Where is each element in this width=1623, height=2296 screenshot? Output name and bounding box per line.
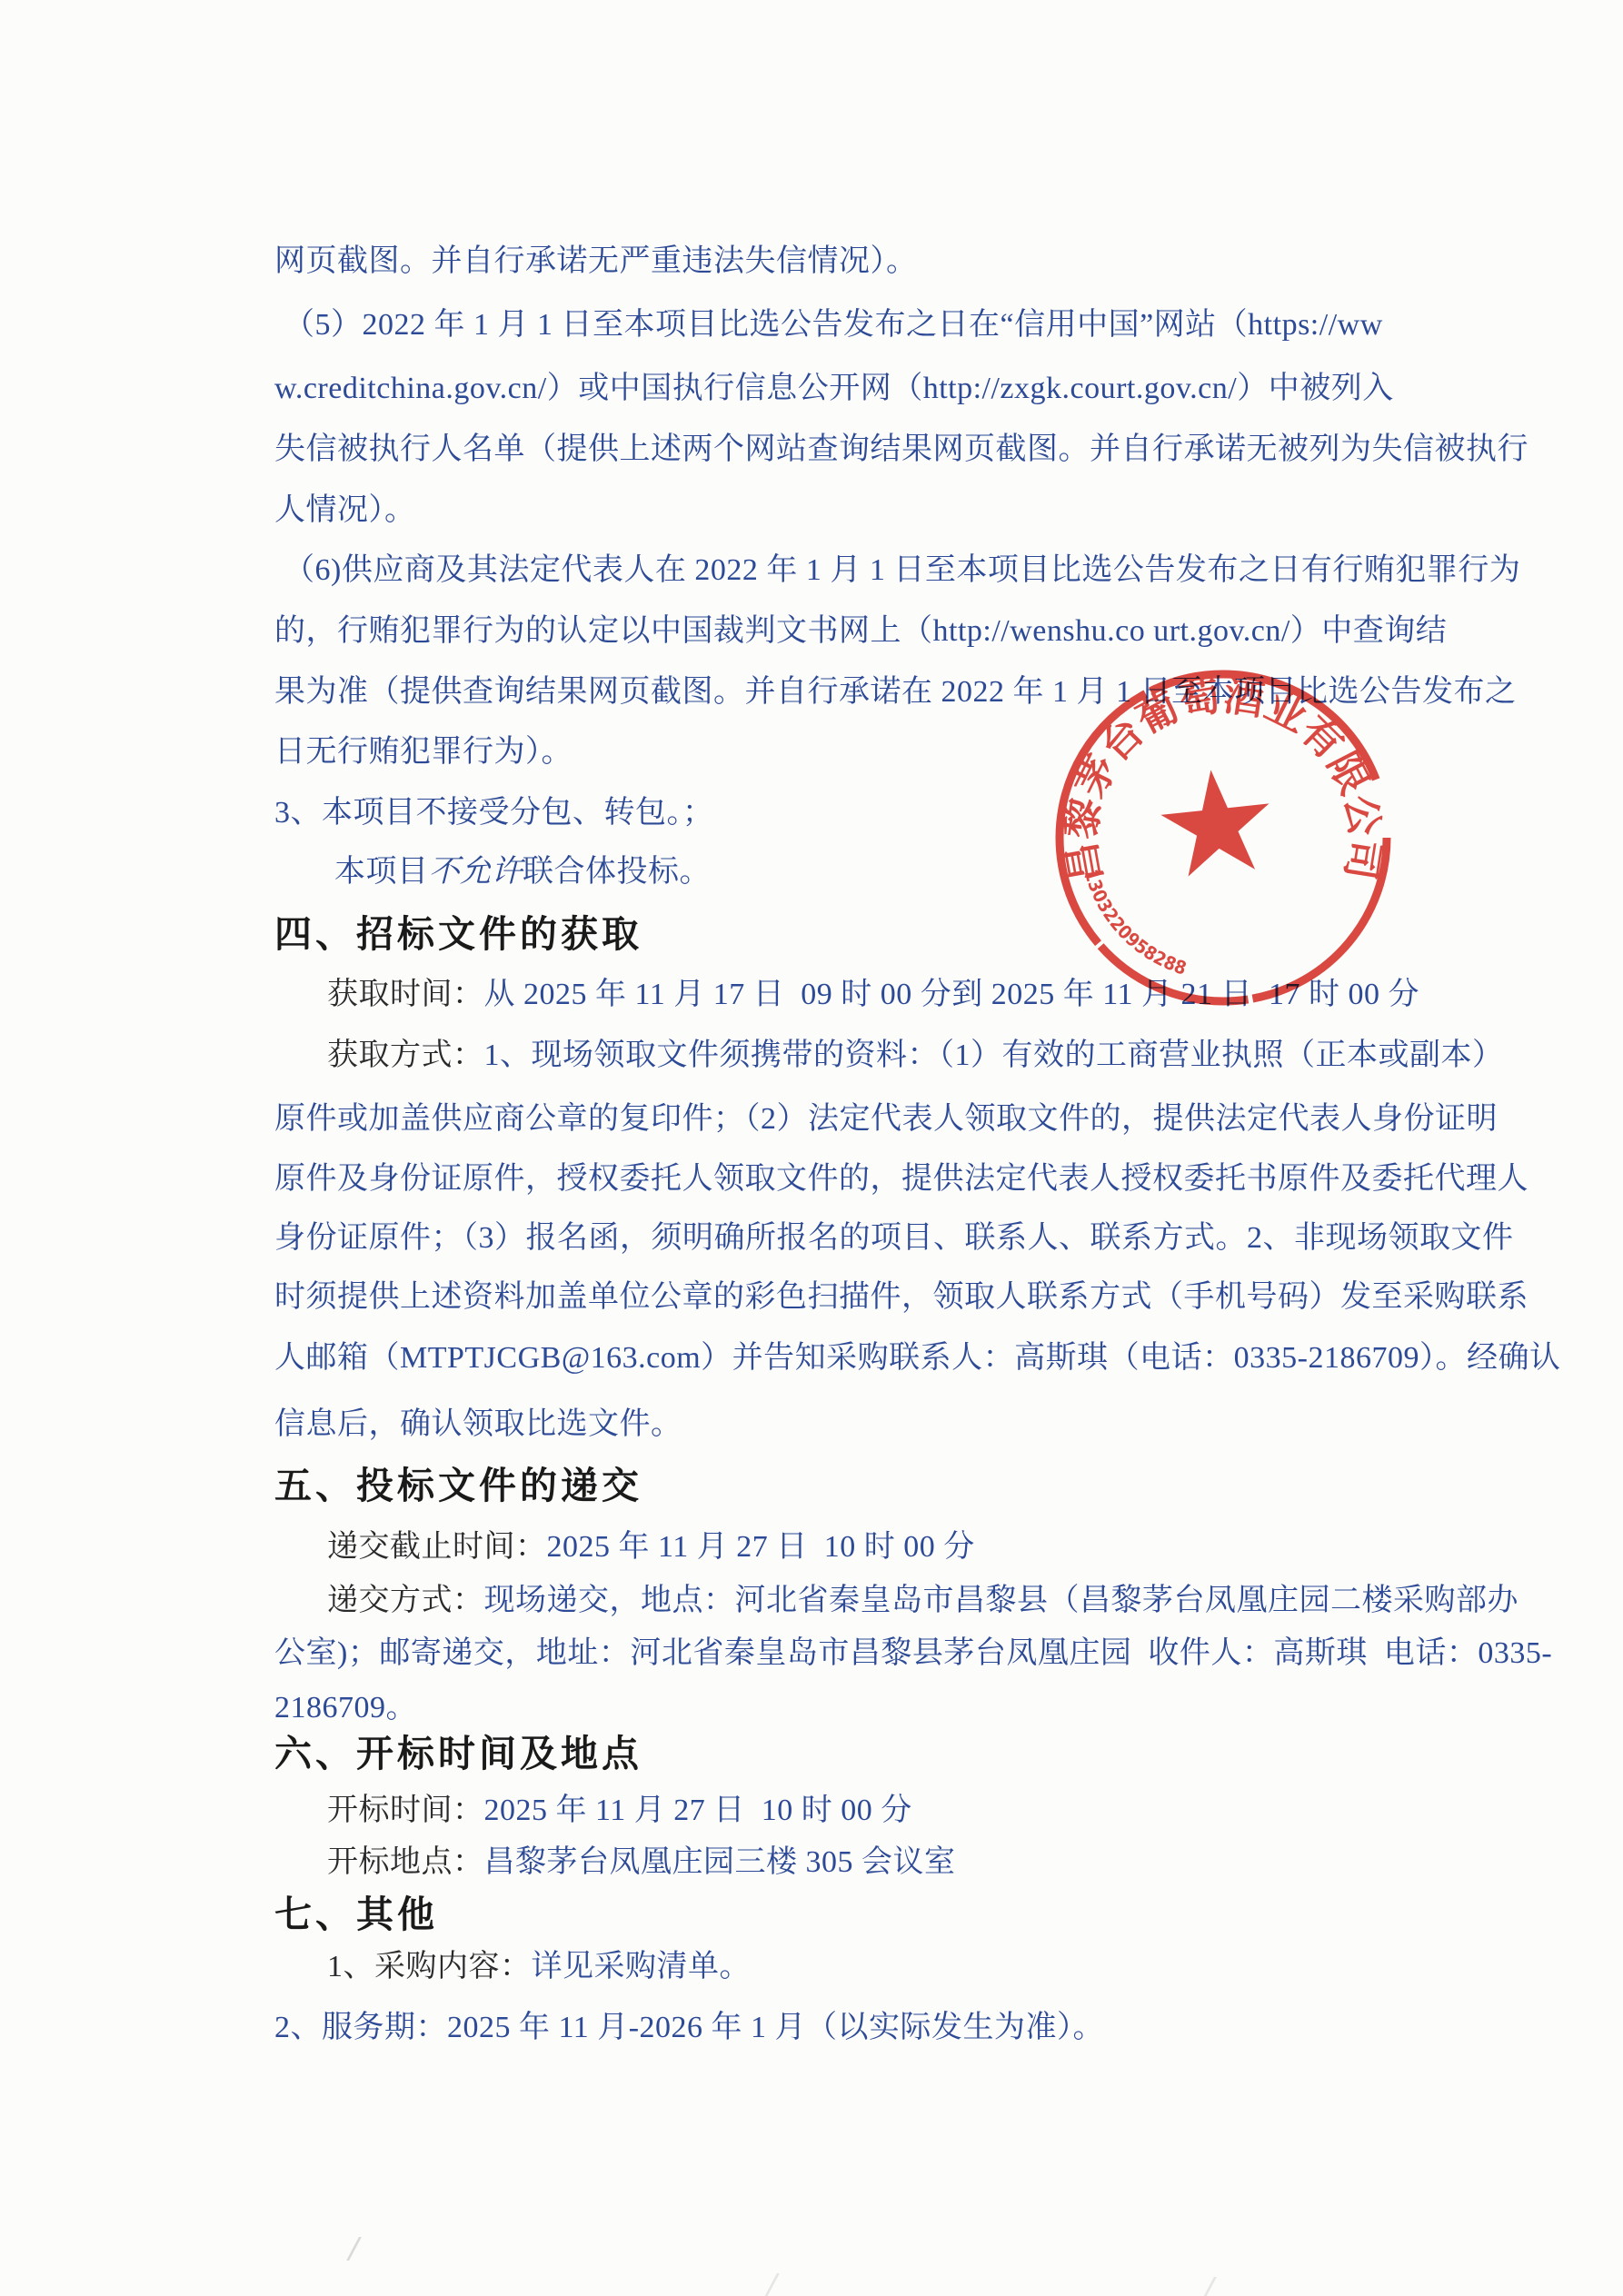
text-segment: 日无行贿犯罪行为）。: [274, 735, 573, 769]
text-segment: 时须提供上述资料加盖单位公章的彩色扫描件，领取人联系方式（手机号码）发至采购联系: [274, 1280, 1528, 1314]
text-line: 3、本项目不接受分包、转包。；: [274, 783, 714, 843]
company-seal-stamp: 昌黎茅台葡萄酒业有限公司 1303220958288: [1041, 656, 1405, 1019]
text-segment: 的，行贿犯罪行为的认定以中国裁判文书网上（http://wenshu.co ur…: [274, 614, 1447, 648]
text-segment: 开标时间：: [327, 1794, 484, 1827]
text-segment: 人情况）。: [274, 493, 416, 527]
text-line: 网页截图。并自行承诺无严重违法失信情况）。: [274, 232, 918, 292]
text-line: 信息后，确认领取比选文件。: [274, 1395, 682, 1455]
text-segment: 联合体投标。: [523, 855, 711, 889]
seal-serial-number: 1303220958288: [1080, 867, 1190, 979]
text-segment: 四、招标文件的获取: [274, 913, 642, 955]
text-segment: 失信被执行人名单（提供上述两个网站查询结果网页截图。并自行承诺无被列为失信被执行: [274, 432, 1528, 466]
text-segment: 1、现场领取文件须携带的资料：（1）有效的工商营业执照（正本或副本）: [484, 1039, 1504, 1072]
text-segment: w.creditchina.gov.cn/）或中国执行信息公开网（http://…: [274, 372, 1394, 405]
text-segment: 网页截图。并自行承诺无严重违法失信情况）。: [274, 244, 918, 278]
text-segment: （6)供应商及其法定代表人在 2022 年 1 月 1 日至本项目比选公告发布之…: [284, 553, 1520, 587]
text-segment: 2025 年 11 月 27 日 10 时 00 分: [547, 1530, 975, 1564]
text-line: 获取方式：1、现场领取文件须携带的资料：（1）有效的工商营业执照（正本或副本）: [327, 1026, 1504, 1086]
text-line: 递交截止时间：2025 年 11 月 27 日 10 时 00 分: [327, 1517, 975, 1577]
text-line: w.creditchina.gov.cn/）或中国执行信息公开网（http://…: [274, 359, 1394, 419]
text-segment: 信息后，确认领取比选文件。: [274, 1407, 682, 1441]
text-segment: 递交方式：: [327, 1584, 484, 1617]
text-segment: 原件及身份证原件，授权委托人领取文件的，提供法定代表人授权委托书原件及委托代理人: [274, 1162, 1528, 1196]
text-line: 日无行贿犯罪行为）。: [274, 722, 573, 782]
text-line: 身份证原件；（3）报名函，须明确所报名的项目、联系人、联系方式。2、非现场领取文…: [274, 1208, 1514, 1268]
text-line: 2、服务期：2025 年 11 月-2026 年 1 月（以实际发生为准）。: [274, 1998, 1104, 2058]
text-line: 失信被执行人名单（提供上述两个网站查询结果网页截图。并自行承诺无被列为失信被执行: [274, 420, 1528, 480]
text-segment: 2186709。: [274, 1691, 417, 1724]
text-segment: 2025 年 11 月 27 日 10 时 00 分: [484, 1794, 912, 1827]
document-page: 网页截图。并自行承诺无严重违法失信情况）。（5）2022 年 1 月 1 日至本…: [0, 0, 1623, 2296]
text-segment: 获取方式：: [327, 1039, 484, 1072]
text-segment: 七、其他: [274, 1893, 438, 1935]
text-line: （6)供应商及其法定代表人在 2022 年 1 月 1 日至本项目比选公告发布之…: [284, 541, 1520, 601]
seal-company-name: 昌黎茅台葡萄酒业有限公司: [1059, 673, 1389, 887]
section-heading: 五、投标文件的递交: [274, 1453, 642, 1518]
text-segment: 不允许: [429, 855, 523, 889]
text-line: 时须提供上述资料加盖单位公章的彩色扫描件，领取人联系方式（手机号码）发至采购联系: [274, 1267, 1528, 1327]
text-segment: 2、服务期：2025 年 11 月-2026 年 1 月（以实际发生为准）。: [274, 2011, 1104, 2044]
text-line: 的，行贿犯罪行为的认定以中国裁判文书网上（http://wenshu.co ur…: [274, 601, 1447, 661]
section-heading: 六、开标时间及地点: [274, 1721, 642, 1786]
text-segment: 五、投标文件的递交: [274, 1465, 642, 1506]
text-segment: 六、开标时间及地点: [274, 1733, 642, 1774]
text-segment: 身份证原件；（3）报名函，须明确所报名的项目、联系人、联系方式。2、非现场领取文…: [274, 1221, 1514, 1255]
text-line: 递交方式：现场递交，地点：河北省秦皇岛市昌黎县（昌黎茅台凤凰庄园二楼采购部办: [327, 1571, 1518, 1631]
text-segment: 3、本项目不接受分包、转包。；: [274, 796, 714, 830]
text-segment: 本项目: [334, 855, 429, 889]
text-segment: 现场递交，地点：河北省秦皇岛市昌黎县（昌黎茅台凤凰庄园二楼采购部办: [484, 1584, 1519, 1617]
text-segment: （5）2022 年 1 月 1 日至本项目比选公告发布之日在“信用中国”网站（h…: [284, 308, 1383, 342]
text-line: （5）2022 年 1 月 1 日至本项目比选公告发布之日在“信用中国”网站（h…: [284, 295, 1383, 355]
section-heading: 四、招标文件的获取: [274, 901, 642, 967]
text-segment: 开标地点：: [327, 1845, 484, 1879]
text-line: 公室)；邮寄递交，地址：河北省秦皇岛市昌黎县茅台凤凰庄园 收件人：高斯琪 电话：…: [274, 1624, 1552, 1684]
text-segment: 原件或加盖供应商公章的复印件；（2）法定代表人领取文件的，提供法定代表人身份证明: [274, 1102, 1498, 1136]
text-line: 原件及身份证原件，授权委托人领取文件的，提供法定代表人授权委托书原件及委托代理人: [274, 1149, 1528, 1209]
text-line: 原件或加盖供应商公章的复印件；（2）法定代表人领取文件的，提供法定代表人身份证明: [274, 1089, 1498, 1149]
text-line: 人邮箱（MTPTJCGB@163.com）并告知采购联系人：高斯琪（电话：033…: [274, 1328, 1561, 1388]
star-icon: [1157, 764, 1276, 879]
text-segment: 1、采购内容：: [327, 1950, 532, 1983]
document-body: 网页截图。并自行承诺无严重违法失信情况）。（5）2022 年 1 月 1 日至本…: [0, 0, 1623, 2296]
text-line: 1、采购内容：详见采购清单。: [327, 1937, 751, 1997]
text-segment: 详见采购清单。: [532, 1950, 752, 1983]
text-segment: 获取时间：: [327, 978, 484, 1011]
text-segment: 递交截止时间：: [327, 1530, 547, 1564]
text-segment: 昌黎茅台凤凰庄园三楼 305 会议室: [484, 1845, 956, 1879]
text-segment: 公室)；邮寄递交，地址：河北省秦皇岛市昌黎县茅台凤凰庄园 收件人：高斯琪 电话：…: [274, 1636, 1552, 1670]
text-line: 人情况）。: [274, 481, 416, 541]
text-segment: 人邮箱（MTPTJCGB@163.com）并告知采购联系人：高斯琪（电话：033…: [274, 1341, 1561, 1375]
text-line: 本项目不允许联合体投标。: [334, 842, 711, 902]
